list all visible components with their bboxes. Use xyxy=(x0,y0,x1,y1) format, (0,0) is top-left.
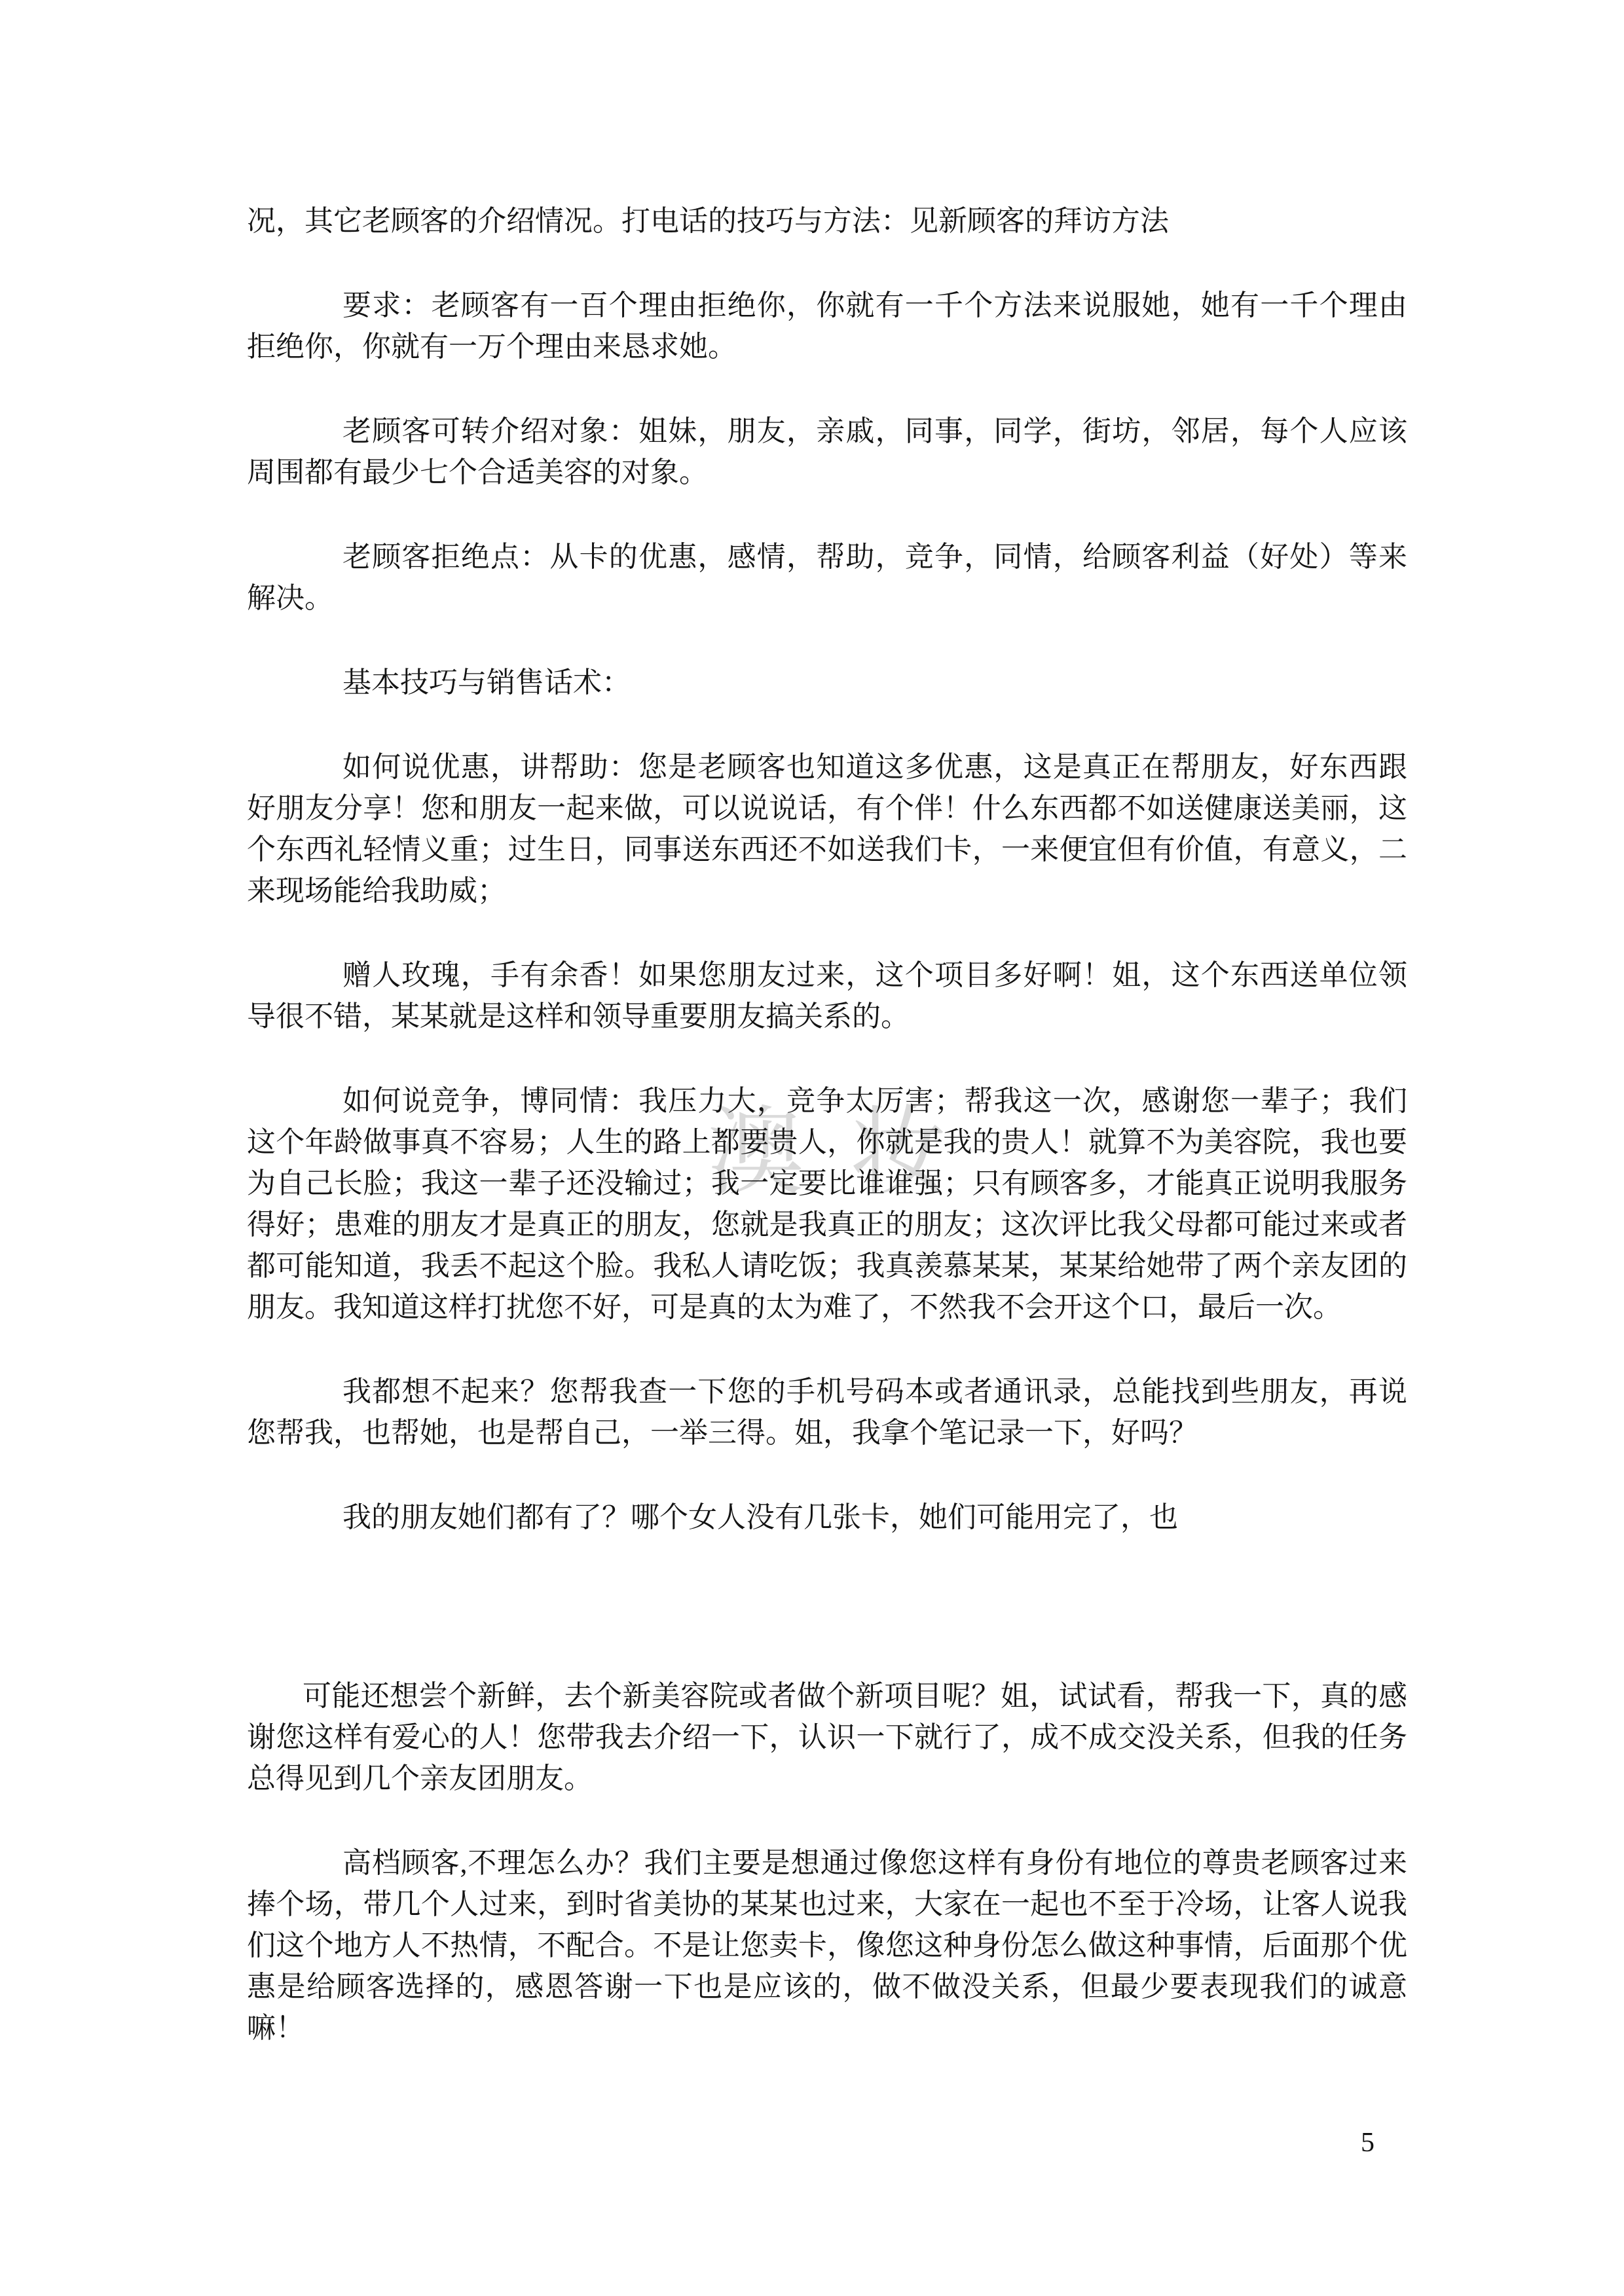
paragraph: 老顾客拒绝点：从卡的优惠，感情，帮助，竞争，同情，给顾客利益（好处）等来解决。 xyxy=(247,536,1407,619)
paragraph: 基本技巧与销售话术： xyxy=(247,662,1407,703)
document-page: 澳妆 况，其它老顾客的介绍情况。打电话的技巧与方法：见新顾客的拜访方法 要求：老… xyxy=(0,0,1624,2296)
paragraph: 要求：老顾客有一百个理由拒绝你，你就有一千个方法来说服她，她有一千个理由拒绝你，… xyxy=(247,285,1407,367)
paragraph: 我都想不起来？您帮我查一下您的手机号码本或者通讯录，总能找到些朋友，再说您帮我，… xyxy=(247,1371,1407,1453)
paragraph: 赠人玫瑰，手有余香！如果您朋友过来，这个项目多好啊！姐，这个东西送单位领导很不错… xyxy=(247,955,1407,1037)
paragraph: 可能还想尝个新鲜，去个新美容院或者做个新项目呢？姐，试试看，帮我一下，真的感谢您… xyxy=(247,1675,1407,1799)
paragraph: 况，其它老顾客的介绍情况。打电话的技巧与方法：见新顾客的拜访方法 xyxy=(247,200,1407,242)
paragraph: 老顾客可转介绍对象：姐妹，朋友，亲戚，同事，同学，街坊，邻居，每个人应该周围都有… xyxy=(247,410,1407,493)
paragraph: 如何说优惠，讲帮助：您是老顾客也知道这多优惠，这是真正在帮朋友，好东西跟好朋友分… xyxy=(247,746,1407,911)
paragraph: 我的朋友她们都有了？哪个女人没有几张卡，她们可能用完了，也 xyxy=(247,1497,1407,1538)
paragraph: 如何说竞争，博同情：我压力大，竞争太厉害；帮我这一次，感谢您一辈子；我们这个年龄… xyxy=(247,1080,1407,1328)
page-number: 5 xyxy=(1361,2129,1375,2157)
document-body: 况，其它老顾客的介绍情况。打电话的技巧与方法：见新顾客的拜访方法 要求：老顾客有… xyxy=(247,200,1407,2092)
paragraph: 高档顾客,不理怎么办？我们主要是想通过像您这样有身份有地位的尊贵老顾客过来捧个场… xyxy=(247,1842,1407,2049)
